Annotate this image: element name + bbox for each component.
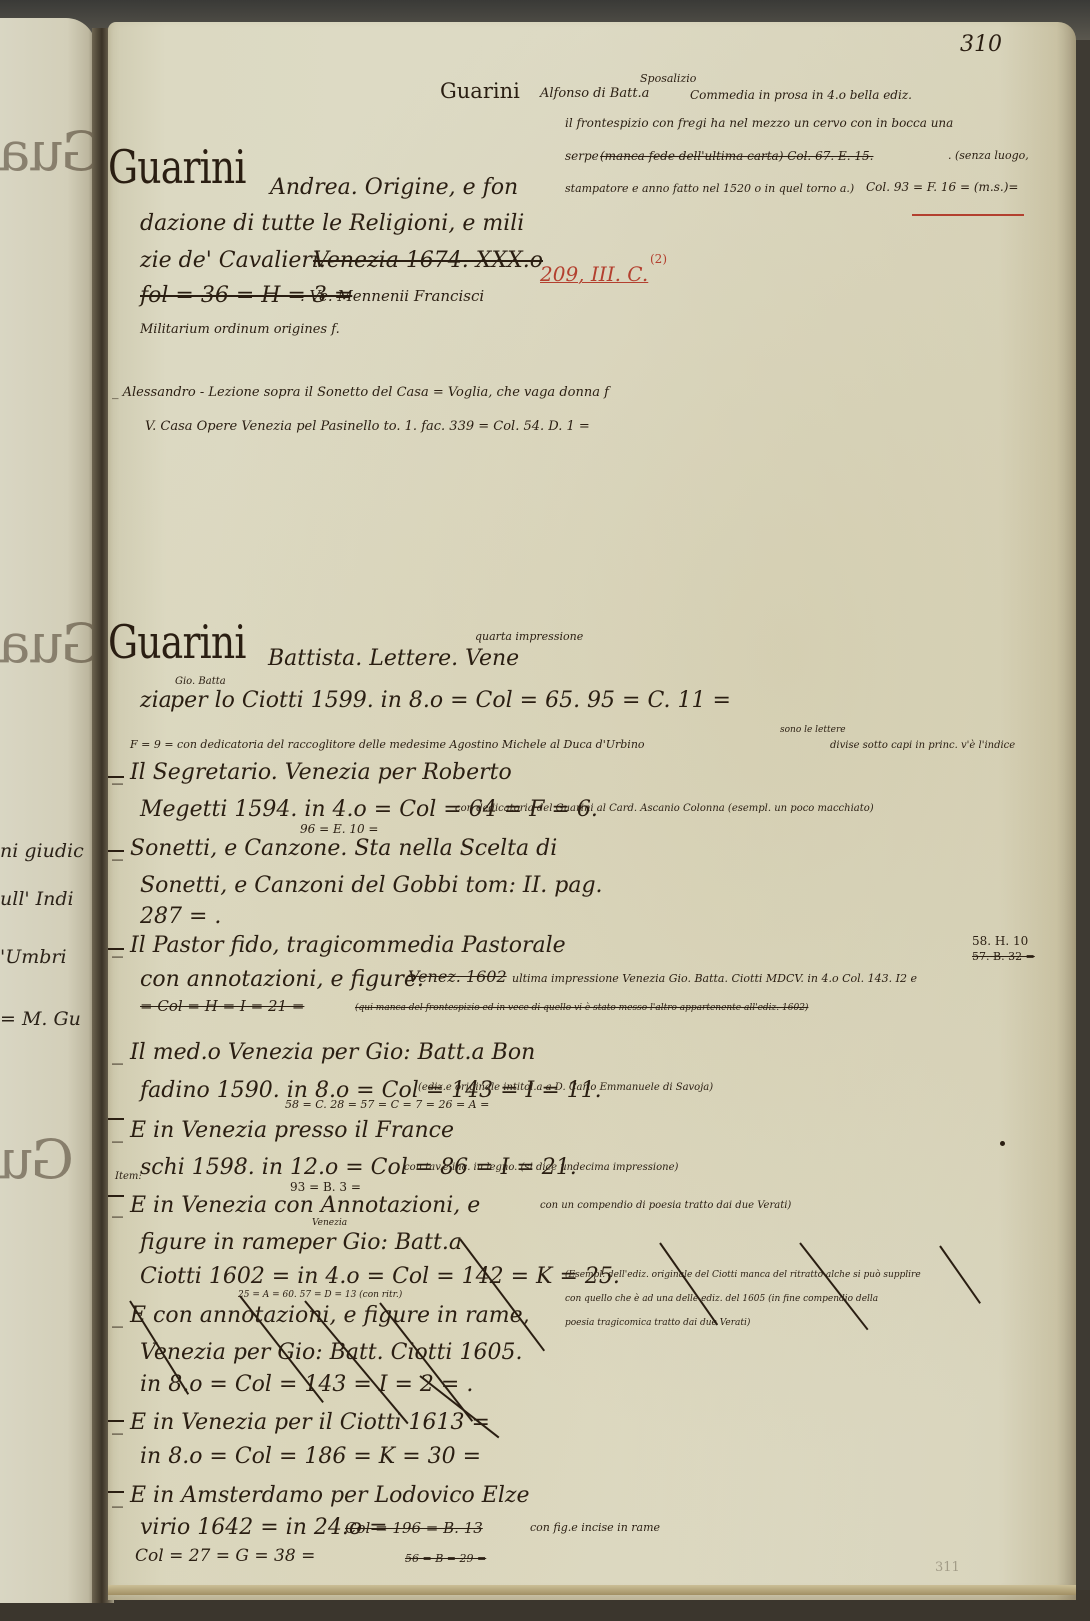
entry-text: Col = 27 = G = 38 = xyxy=(135,1546,315,1566)
entry-text: Militarium ordinum origines f. xyxy=(140,322,340,337)
entry-text-struck: Venezia 1674. XXX.o xyxy=(313,248,543,273)
entry-text: Battista. Lettere. Vene xyxy=(268,646,519,671)
entry-text: stampatore e anno fatto nel 1520 o in qu… xyxy=(565,182,854,195)
margin-shelfmark-struck: 57. B. 32 = xyxy=(972,950,1035,963)
entry-text: per Gio: Batt.a xyxy=(298,1230,462,1255)
entry-note: (ediz.e originale intitol.a a D. Carlo E… xyxy=(418,1082,713,1093)
entry-text: con annotazioni, e figure. xyxy=(140,967,424,992)
left-page-fragment: ull' Indi xyxy=(0,888,74,910)
entry-heading: Guarini xyxy=(108,140,246,194)
entry-text: _ E in Venezia per il Ciotti 1613 = xyxy=(112,1410,490,1435)
entry-text: V. Casa Opere Venezia pel Pasinello to. … xyxy=(145,419,590,434)
entry-text-struck: Col = 196 = B. 13 xyxy=(345,1519,483,1537)
entry-note: con quello che è ad una delle ediz. del … xyxy=(565,1294,878,1304)
red-underline xyxy=(912,214,1024,216)
entry-text: . Ve. Mennenii Francisci xyxy=(300,287,484,305)
entry-note: con fig.e incise in rame xyxy=(530,1521,660,1534)
entry-text: Commedia in prosa in 4.o bella ediz. xyxy=(690,88,912,102)
margin-dash xyxy=(108,1118,124,1120)
entry-text: _ Il Segretario. Venezia per Roberto xyxy=(112,760,512,785)
entry-interlinear: 93 = B. 3 = xyxy=(290,1180,361,1194)
entry-text: _ E in Venezia con Annotazioni, e xyxy=(112,1193,480,1218)
margin-dash xyxy=(108,948,124,950)
entry-interlinear: Sposalizio xyxy=(640,72,696,85)
entry-note: F = 9 = con dedicatoria del raccoglitore… xyxy=(130,738,645,751)
entry-heading: Guarini xyxy=(108,615,246,669)
entry-note: ultima impressione Venezia Gio. Batta. C… xyxy=(512,972,917,985)
red-shelfmark-sup: (2) xyxy=(650,252,667,266)
entry-interlinear: 58 = C. 28 = 57 = C = 7 = 26 = A = xyxy=(285,1098,489,1111)
entry-text-struck: = Col = H = I = 21 = xyxy=(140,997,304,1015)
entry-note: con dedicatoria del Guarini al Card. Asc… xyxy=(455,803,874,814)
entry-note: con tav.e inc. in legno. (si dice undeci… xyxy=(404,1162,678,1173)
entry-text: in 8.o = Col = 143 = I = 2 = . xyxy=(140,1372,473,1397)
left-page-fragment: ni giudic xyxy=(0,840,84,862)
margin-dash xyxy=(108,850,124,852)
left-page-fragment: 'Umbri xyxy=(0,946,67,968)
entry-interlinear: sono le lettere xyxy=(780,725,846,735)
page-edge xyxy=(108,1585,1076,1595)
entry-text: per lo Ciotti 1599. in 8.o = Col = 65. 9… xyxy=(170,688,731,713)
entry-text: in 8.o = Col = 186 = K = 30 = xyxy=(140,1444,481,1469)
entry-text: 287 = . xyxy=(140,904,221,929)
folio-number-bottom: 311 xyxy=(935,1560,960,1575)
entry-interlinear: quarta impressione xyxy=(475,630,583,643)
entry-text: zie de' Cavalieri. xyxy=(140,248,326,273)
entry-text: Sonetti, e Canzoni del Gobbi tom: II. pa… xyxy=(140,873,603,898)
entry-text-struck: 56 = B = 29 = xyxy=(405,1552,486,1565)
entry-note: divise sotto capi in princ. v'è l'indice xyxy=(830,740,1015,751)
margin-dash xyxy=(108,1195,124,1197)
entry-text: _ Il med.o Venezia per Gio: Batt.a Bon xyxy=(112,1040,535,1065)
entry-text: Ciotti 1602 = in 4.o = Col = 142 = K = 2… xyxy=(140,1264,620,1289)
left-page xyxy=(0,18,96,1603)
entry-text: Andrea. Origine, e fon xyxy=(270,175,518,200)
entry-text: _ Sonetti, e Canzone. Sta nella Scelta d… xyxy=(112,836,557,861)
entry-note: poesia tragicomica tratto dai due Verati… xyxy=(565,1318,750,1328)
entry-text: figure in rame xyxy=(140,1230,299,1255)
entry-text: zia xyxy=(140,688,172,713)
ghost-heading: Gu xyxy=(0,1128,74,1191)
entry-text: Alfonso di Batt.a xyxy=(540,86,649,101)
entry-heading: Guarini xyxy=(440,79,520,103)
entry-text: dazione di tutte le Religioni, e mili xyxy=(140,211,524,236)
entry-text: Venezia per Gio: Batt. Ciotti 1605. xyxy=(140,1340,522,1365)
entry-text: Col. 93 = F. 16 = (m.s.)= xyxy=(866,180,1018,194)
ink-blot xyxy=(1000,1141,1005,1146)
entry-text-struck: Venez. 1602 xyxy=(408,967,507,986)
entry-text: _ E in Venezia presso il France xyxy=(112,1118,454,1143)
entry-text: il frontespizio con fregi ha nel mezzo u… xyxy=(565,116,953,130)
entry-note-struck: (qui manca del frontespizio ed in vece d… xyxy=(355,1003,808,1013)
entry-text: _ E con annotazioni, e figure in rame, xyxy=(112,1303,530,1328)
entry-text: serpe xyxy=(565,149,599,163)
entry-note: con un compendio di poesia tratto dai du… xyxy=(540,1200,791,1211)
margin-dash xyxy=(108,776,124,778)
entry-interlinear: Item: xyxy=(115,1171,142,1182)
margin-dash xyxy=(108,1420,124,1422)
ghost-heading: Gua xyxy=(0,120,104,183)
entry-interlinear: 96 = E. 10 = xyxy=(300,822,378,836)
entry-text: _ Il Pastor fido, tragicommedia Pastoral… xyxy=(112,933,566,958)
left-page-fragment: = M. Gu xyxy=(0,1008,81,1030)
entry-text: . (senza luogo, xyxy=(948,149,1029,162)
entry-interlinear: Venezia xyxy=(312,1218,347,1228)
entry-text: _ Alessandro - Lezione sopra il Sonetto … xyxy=(112,385,609,400)
margin-shelfmark: 58. H. 10 xyxy=(972,934,1028,948)
entry-interlinear: Gio. Batta xyxy=(175,676,226,687)
entry-text-struck: (manca fede dell'ultima carta) Col. 67. … xyxy=(600,149,873,163)
ghost-heading: Gua xyxy=(0,612,104,675)
entry-text: _ E in Amsterdamo per Lodovico Elze xyxy=(112,1483,529,1508)
margin-dash xyxy=(108,1491,124,1493)
entry-interlinear: 25 = A = 60. 57 = D = 13 (con ritr.) xyxy=(238,1290,402,1300)
entry-note: (Esempl. dell'ediz. originale del Ciotti… xyxy=(565,1270,921,1280)
red-shelfmark: 209, III. C. xyxy=(540,262,648,286)
folio-number-top: 310 xyxy=(960,32,1002,57)
